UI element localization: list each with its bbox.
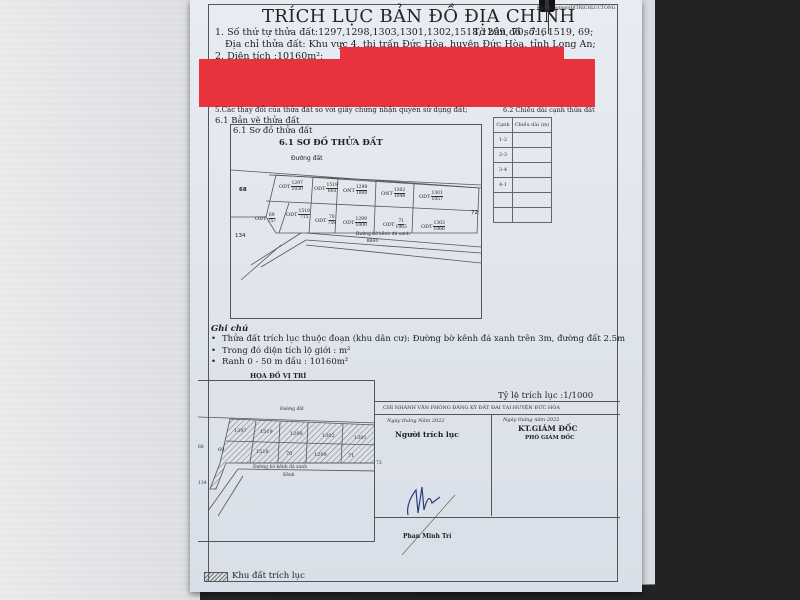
land-type: ODT — [315, 218, 326, 224]
edge-row — [494, 208, 552, 223]
parcel-label: ODT1518715 — [286, 209, 310, 220]
role-director: KT.GIÁM ĐỐC — [518, 424, 577, 433]
land-type: ODT — [314, 186, 325, 192]
land-type: ODT — [421, 224, 432, 230]
road-bottom-label: Đường bờ kênh đá xanh — [356, 232, 410, 237]
note-item: Ranh 0 - 50 m đầu : 10160m² — [211, 357, 625, 369]
edge-label — [494, 208, 513, 223]
parcel-id-area: 69757 — [267, 213, 276, 224]
signature-divider — [491, 414, 492, 516]
parcel-id-area: 1518715 — [298, 209, 309, 220]
neighbor-right: 72 — [471, 210, 478, 216]
parcel-id-area: 12971030 — [291, 181, 302, 192]
stamp-text: Khánh poingo/ĐỊTRICHLUCTONG — [537, 6, 615, 11]
land-type: ONT — [381, 191, 393, 197]
parcel-label: ODT70759 — [315, 215, 336, 226]
parcel-label: ONT12981000 — [343, 185, 367, 196]
hatch-legend-icon — [204, 572, 228, 582]
edge-label: 3-4 — [494, 163, 513, 178]
canal-label: Kênh — [367, 239, 378, 244]
length-col-header: Chiều dài (m) — [513, 118, 552, 133]
scale-text: Tỷ lệ trích lục :1/1000 — [498, 391, 593, 401]
position-map-label: Đường đất — [280, 407, 304, 412]
role-extractor: Người trích lục — [395, 430, 459, 439]
edge-label: 4-1 — [494, 178, 513, 193]
edge-length-table: Cạnh Chiều dài (m) 1-22-33-44-1 — [493, 117, 552, 223]
neighbor-bottom: 134 — [235, 233, 246, 239]
position-parcel-id: 1297 — [234, 428, 247, 434]
edge-table-title: 6.2 Chiều dài cạnh thửa đất — [503, 106, 595, 114]
position-parcel-id: 1298 — [290, 431, 303, 437]
position-map-label: Đường bờ kênh đá xanh — [253, 465, 307, 470]
notes-list: Thửa đất trích lục thuộc đoạn (khu dân c… — [211, 334, 625, 369]
land-type: ODT — [279, 184, 290, 190]
signature-icon — [400, 475, 470, 555]
position-parcel-id: 1299 — [314, 452, 327, 458]
signer-name: Phan Minh Trí — [403, 533, 451, 540]
position-map-title: HỌA ĐỒ VỊ TRÍ — [250, 372, 306, 380]
position-map-label: 134 — [198, 481, 207, 486]
position-parcel-id: 69 — [218, 447, 224, 453]
document-title: TRÍCH LỤC BẢN ĐỒ ĐỊA CHÍNH — [262, 6, 575, 27]
edge-label: 1-2 — [494, 133, 513, 148]
road-top-label: Đường đất — [291, 155, 322, 162]
notes-heading: Ghi chú — [211, 324, 248, 334]
land-type: ODT — [419, 194, 430, 200]
parcel-id-area: 711065 — [395, 219, 406, 230]
edge-length — [513, 163, 552, 178]
edge-length — [513, 133, 552, 148]
position-parcel-id: 71 — [348, 453, 354, 459]
parcel-label: ONT13021048 — [381, 188, 405, 199]
position-parcel-id: 1302 — [322, 433, 335, 439]
position-parcel-id: 1301 — [354, 435, 367, 441]
edge-row: 3-4 — [494, 163, 552, 178]
position-map-label: Kênh — [283, 473, 295, 478]
edge-row: 4-1 — [494, 178, 552, 193]
date-left: Ngày tháng Năm 2022 — [387, 418, 445, 424]
edge-row — [494, 193, 552, 208]
parcel-label: ODT711065 — [383, 219, 407, 230]
position-map: 1297151912981302130169151870129971687213… — [198, 380, 375, 542]
land-type: ODT — [343, 220, 354, 226]
position-parcel-id: 1518 — [256, 449, 269, 455]
edge-label: 2-3 — [494, 148, 513, 163]
parcel-id-area: 13011057 — [431, 191, 442, 202]
office-name: CHI NHÁNH VĂN PHÒNG ĐĂNG KÝ ĐẤT ĐAI TẠI … — [383, 405, 560, 411]
land-type: ODT — [255, 216, 266, 222]
parcel-label: ODT69757 — [255, 213, 276, 224]
note-item: Trong đó diện tích lộ giới : m² — [211, 346, 625, 358]
edge-label — [494, 193, 513, 208]
neighbor-left: 68 — [239, 187, 247, 193]
parcel-map: 6.1 Sơ đồ thửa đất 6.1 SƠ ĐỒ THỬA ĐẤT — [230, 124, 482, 319]
edge-row: 1-2 — [494, 133, 552, 148]
land-type: ONT — [343, 188, 355, 194]
left-background-texture — [0, 0, 200, 600]
parcel-label: ODT13031066 — [421, 221, 445, 232]
redaction-block — [199, 59, 595, 107]
parcel-label: ODT12971030 — [279, 181, 303, 192]
map-sheet-number: Tờ bản đồ số: 6 — [473, 27, 547, 38]
position-map-drawing — [198, 381, 374, 541]
parcel-label: ODT1519603 — [314, 183, 338, 194]
edge-row: 2-3 — [494, 148, 552, 163]
position-map-label: 68 — [198, 445, 204, 450]
parcel-id-area: 1519603 — [326, 183, 337, 194]
changes-line: 5.Các thay đổi của thửa đất so với giấy … — [215, 106, 468, 114]
legend-label: Khu đất trích lục — [232, 571, 305, 581]
date-right: Ngày tháng năm 2022 — [503, 417, 559, 423]
parcel-label: ODT13011057 — [419, 191, 443, 202]
parcel-id-area: 70759 — [327, 215, 336, 226]
document-page: TRÍCH LỤC BẢN ĐỒ ĐỊA CHÍNH Khánh poingo/… — [190, 0, 642, 592]
parcel-id-area: 13031066 — [433, 221, 444, 232]
edge-length — [513, 193, 552, 208]
parcel-id-area: 12981000 — [356, 185, 367, 196]
position-parcel-id: 1519 — [260, 429, 273, 435]
parcel-id-area: 13021048 — [394, 188, 405, 199]
edge-length — [513, 148, 552, 163]
edge-length — [513, 208, 552, 223]
parcel-id-area: 12991000 — [355, 217, 366, 228]
land-type: ODT — [383, 222, 394, 228]
edge-col-header: Cạnh — [494, 118, 513, 133]
land-type: ODT — [286, 212, 297, 218]
note-item: Thửa đất trích lục thuộc đoạn (khu dân c… — [211, 334, 625, 346]
role-vice-director: PHÓ GIÁM ĐỐC — [525, 435, 575, 441]
position-parcel-id: 70 — [286, 451, 292, 457]
edge-length — [513, 178, 552, 193]
parcel-label: ODT12991000 — [343, 217, 367, 228]
